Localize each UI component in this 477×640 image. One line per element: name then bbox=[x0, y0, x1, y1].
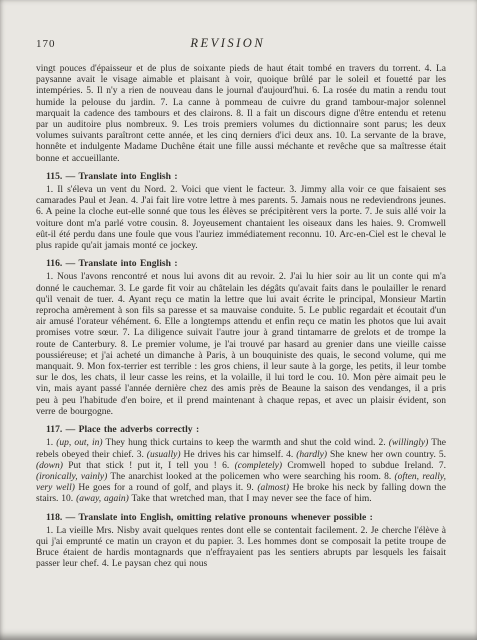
text-run: 1. Il s'éleva un vent du Nord. 2. Voici … bbox=[36, 185, 446, 251]
adverb-cue: (away, again) bbox=[76, 494, 129, 504]
section-heading: 117. — Place the adverbs correctly : bbox=[36, 424, 446, 435]
adverb-cue: (ironically, vainly) bbox=[36, 472, 107, 482]
section-heading: 118. — Translate into English, omitting … bbox=[36, 512, 446, 523]
text-run: He drives his car himself. 4. bbox=[181, 450, 297, 460]
exercise-paragraph: 1. (up, out, in) They hung thick curtain… bbox=[36, 438, 446, 505]
text-run: The anarchist looked at the policemen wh… bbox=[107, 472, 394, 482]
text-run: vingt pouces d'épaisseur et de plus de s… bbox=[36, 64, 446, 164]
exercise-paragraph: 1. Nous l'avons rencontré et nous lui av… bbox=[36, 272, 446, 418]
text-run: He goes for a round of golf, and plays i… bbox=[75, 483, 257, 493]
adverb-cue: (down) bbox=[36, 461, 63, 471]
adverb-cue: (completely) bbox=[235, 461, 282, 471]
adverb-cue: (hardly) bbox=[296, 450, 327, 460]
page-number: 170 bbox=[36, 38, 56, 50]
exercise-paragraph: vingt pouces d'épaisseur et de plus de s… bbox=[36, 64, 446, 165]
scanned-book-page: 170 REVISION vingt pouces d'épaisseur et… bbox=[0, 0, 477, 640]
adverb-cue: (up, out, in) bbox=[56, 438, 102, 448]
running-title: REVISION bbox=[56, 36, 447, 51]
exercise-paragraph: 1. Il s'éleva un vent du Nord. 2. Voici … bbox=[36, 185, 446, 252]
adverb-cue: (almost) bbox=[257, 483, 289, 493]
page-body: vingt pouces d'épaisseur et de plus de s… bbox=[36, 64, 446, 571]
text-run: 1. Nous l'avons rencontré et nous lui av… bbox=[36, 272, 446, 416]
text-run: 1. La vieille Mrs. Nisby avait quelques … bbox=[36, 526, 446, 570]
section-heading: 115. — Translate into English : bbox=[36, 171, 446, 182]
text-run: She knew her own country. 5. bbox=[327, 450, 446, 460]
page-header: 170 REVISION bbox=[36, 36, 446, 51]
section-heading: 116. — Translate into English : bbox=[36, 258, 446, 269]
page-content: 170 REVISION vingt pouces d'épaisseur et… bbox=[36, 36, 446, 571]
text-run: They hung thick curtains to keep the war… bbox=[103, 438, 389, 448]
adverb-cue: (willingly) bbox=[389, 438, 429, 448]
text-run: Cromwell hoped to subdue Ireland. 7. bbox=[282, 461, 446, 471]
text-run: Put that stick ! put it, I tell you ! 6. bbox=[63, 461, 235, 471]
exercise-paragraph: 1. La vieille Mrs. Nisby avait quelques … bbox=[36, 526, 446, 571]
text-run: Take that wretched man, that I may never… bbox=[129, 494, 372, 504]
text-run: 1. bbox=[46, 438, 56, 448]
adverb-cue: (usually) bbox=[147, 450, 181, 460]
